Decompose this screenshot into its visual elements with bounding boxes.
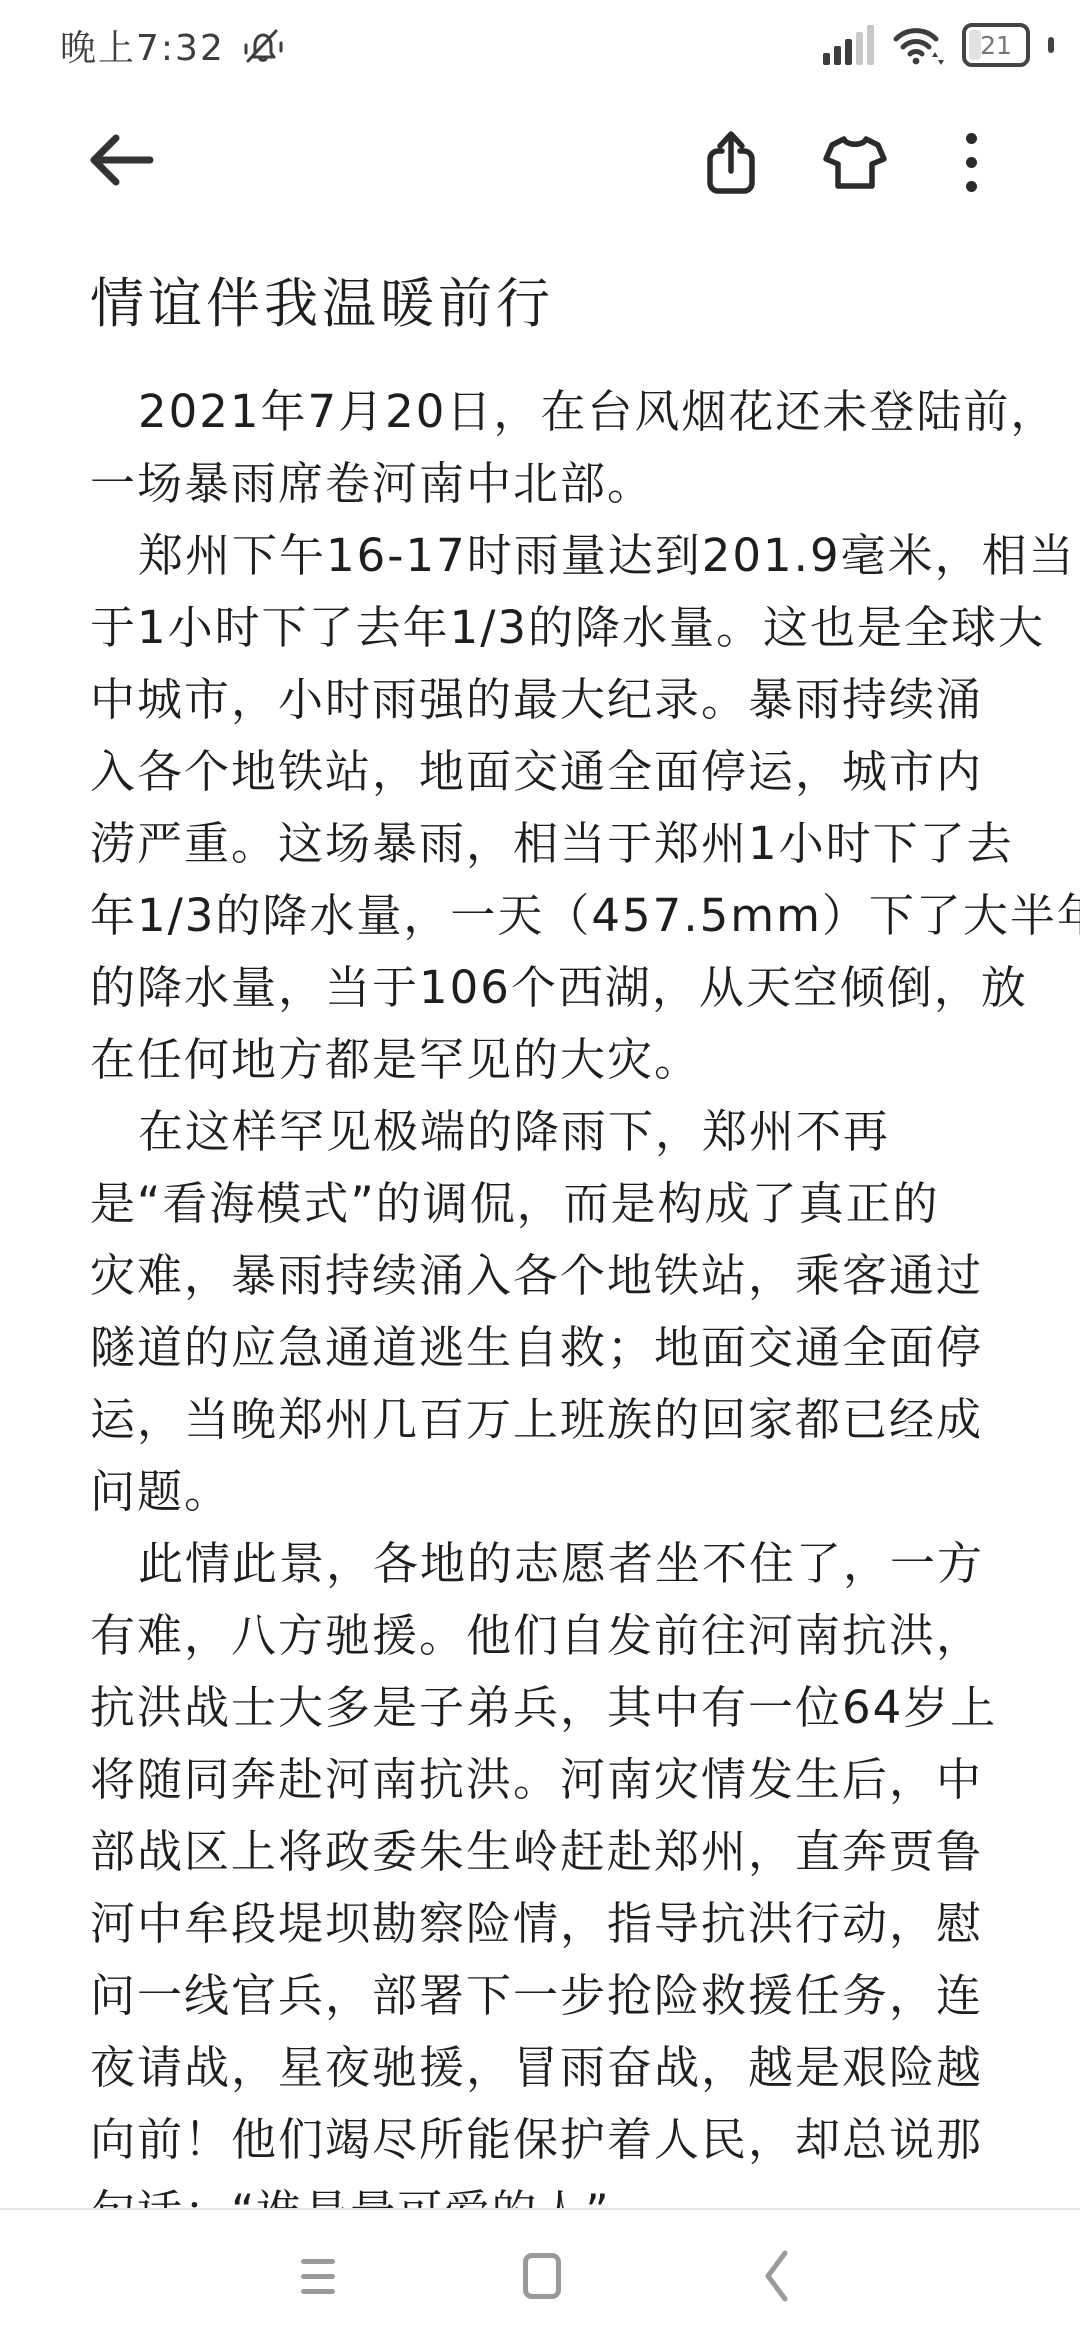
text-line: 运，当晚郑州几百万上班族的回家都已经成 <box>90 1384 1004 1456</box>
hamburger-menu-icon <box>301 2259 335 2294</box>
chevron-left-icon <box>763 2248 789 2304</box>
text-line: 抗洪战士大多是子弟兵，其中有一位64岁上 <box>90 1672 1004 1744</box>
home-icon <box>523 2253 561 2299</box>
cellular-signal-icon <box>823 25 874 65</box>
text-line: 年1/3的降水量，一天（457.5mm）下了大半年 <box>90 880 1004 952</box>
nav-back-button[interactable] <box>736 2212 816 2340</box>
text-line: 夜请战，星夜驰援，冒雨奋战，越是艰险越 <box>90 2032 1004 2104</box>
battery-icon: 21 <box>962 23 1030 67</box>
text-line: 于1小时下了去年1/3的降水量。这也是全球大 <box>90 592 1004 664</box>
text-line: 句话：“谁是最可爱的人”。 <box>90 2176 1004 2210</box>
kebab-menu-icon <box>966 133 977 192</box>
battery-percent: 21 <box>980 33 1012 58</box>
back-button[interactable] <box>84 130 156 190</box>
wifi-icon <box>892 23 944 67</box>
text-line: 灾难，暴雨持续涌入各个地铁站，乘客通过 <box>90 1240 1004 1312</box>
status-bar: 晚上7:32 21 <box>0 0 1080 84</box>
text-line: 将随同奔赴河南抗洪。河南灾情发生后，中 <box>90 1744 1004 1816</box>
mute-bell-slash-icon <box>241 23 285 67</box>
article-body: 2021年7月20日，在台风烟花还未登陆前，一场暴雨席卷河南中北部。郑州下午16… <box>90 376 1004 2210</box>
clock-time: 晚上7:32 <box>60 20 225 71</box>
system-nav-bar <box>0 2212 1080 2340</box>
toolbar <box>0 112 1080 212</box>
text-line: 涝严重。这场暴雨，相当于郑州1小时下了去 <box>90 808 1004 880</box>
share-icon <box>704 129 758 195</box>
text-line: 问题。 <box>90 1456 1004 1528</box>
text-line: 此情此景，各地的志愿者坐不住了，一方 <box>90 1528 1004 1600</box>
text-line: 问一线官兵，部署下一步抢险救援任务，连 <box>90 1960 1004 2032</box>
text-line: 入各个地铁站，地面交通全面停运，城市内 <box>90 736 1004 808</box>
text-line: 河中牟段堤坝勘察险情，指导抗洪行动，慰 <box>90 1888 1004 1960</box>
battery-terminal <box>1048 37 1054 53</box>
text-line: 在任何地方都是罕见的大灾。 <box>90 1024 1004 1096</box>
nav-menu-button[interactable] <box>278 2212 358 2340</box>
text-line: 在这样罕见极端的降雨下，郑州不再 <box>90 1096 1004 1168</box>
text-line: 部战区上将政委朱生岭赶赴郑州，直奔贾鲁 <box>90 1816 1004 1888</box>
text-line: 有难，八方驰援。他们自发前往河南抗洪， <box>90 1600 1004 1672</box>
tshirt-icon <box>822 133 888 191</box>
text-line: 是“看海模式”的调侃，而是构成了真正的 <box>90 1168 1004 1240</box>
article-content: 情谊伴我温暖前行 2021年7月20日，在台风烟花还未登陆前，一场暴雨席卷河南中… <box>0 0 1080 2210</box>
nav-home-button[interactable] <box>502 2212 582 2340</box>
article-title: 情谊伴我温暖前行 <box>90 272 1004 336</box>
text-line: 2021年7月20日，在台风烟花还未登陆前， <box>90 376 1004 448</box>
text-line: 向前！他们竭尽所能保护着人民，却总说那 <box>90 2104 1004 2176</box>
text-line: 郑州下午16-17时雨量达到201.9毫米，相当 <box>90 520 1004 592</box>
text-line: 一场暴雨席卷河南中北部。 <box>90 448 1004 520</box>
text-line: 隧道的应急通道逃生自救；地面交通全面停 <box>90 1312 1004 1384</box>
screen: { "status_bar": { "time": "晚上7:32", "mut… <box>0 0 1080 2340</box>
more-options-button[interactable] <box>958 133 984 192</box>
theme-skin-button[interactable] <box>822 133 888 191</box>
text-line: 的降水量，当于106个西湖，从天空倾倒，放 <box>90 952 1004 1024</box>
text-line: 中城市，小时雨强的最大纪录。暴雨持续涌 <box>90 664 1004 736</box>
share-button[interactable] <box>704 129 758 195</box>
